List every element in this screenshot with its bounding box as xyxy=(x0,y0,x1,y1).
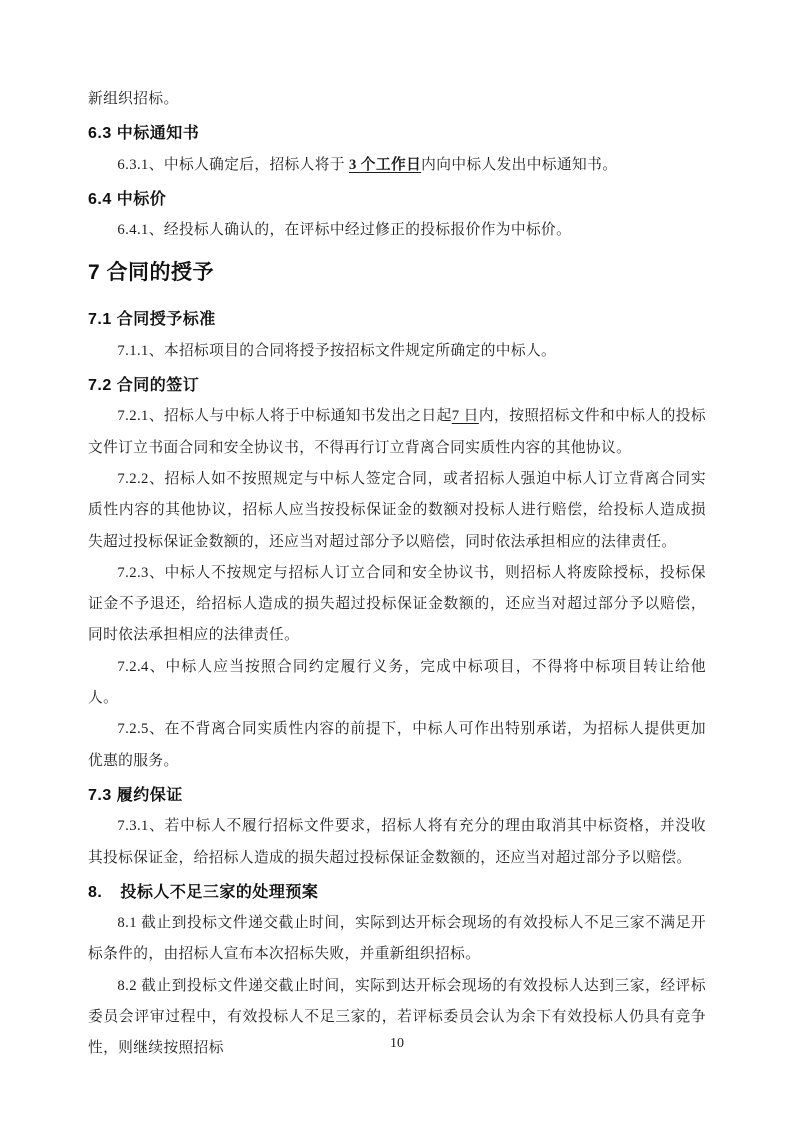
emphasis-bold-underline: 3 个工作日 xyxy=(349,157,421,173)
heading-7-3: 7.3 履约保证 xyxy=(88,780,706,811)
document-page: 新组织招标。 6.3 中标通知书 6.3.1、中标人确定后，招标人将于 3 个工… xyxy=(0,0,794,1123)
section-8-number: 8. xyxy=(88,877,102,908)
paragraph-7-2-3: 7.2.3、中标人不按规定与招标人订立合同和安全协议书，则招标人将废除授标，投标… xyxy=(88,558,706,652)
paragraph-continuation: 新组织招标。 xyxy=(88,84,706,115)
paragraph-6-4-1: 6.4.1、经投标人确认的，在评标中经过修正的投标报价作为中标价。 xyxy=(88,215,706,246)
heading-section-8: 8.投标人不足三家的处理预案 xyxy=(88,877,706,908)
paragraph-7-1-1: 7.1.1、本招标项目的合同将授予按招标文件规定所确定的中标人。 xyxy=(88,336,706,367)
paragraph-7-3-1: 7.3.1、若中标人不履行招标文件要求，招标人将有充分的理由取消其中标资格，并没… xyxy=(88,811,706,874)
heading-chapter-7: 7 合同的授予 xyxy=(88,256,706,290)
heading-6-3: 6.3 中标通知书 xyxy=(88,118,706,149)
paragraph-6-3-1: 6.3.1、中标人确定后，招标人将于 3 个工作日内向中标人发出中标通知书。 xyxy=(88,150,706,181)
heading-6-4: 6.4 中标价 xyxy=(88,184,706,215)
paragraph-7-2-5: 7.2.5、在不背离合同实质性内容的前提下，中标人可作出特别承诺，为招标人提供更… xyxy=(88,714,706,777)
text-run: 6.3.1、中标人确定后，招标人将于 xyxy=(117,157,349,173)
paragraph-8-1: 8.1 截止到投标文件递交截止时间，实际到达开标会现场的有效投标人不足三家不满足… xyxy=(88,908,706,971)
page-number: 10 xyxy=(0,1036,794,1052)
section-8-title: 投标人不足三家的处理预案 xyxy=(120,884,318,901)
text-run: 7.2.1、招标人与中标人将于中标通知书发出之日起 xyxy=(117,408,451,424)
text-run: 内向中标人发出中标通知书。 xyxy=(421,157,617,173)
paragraph-7-2-2: 7.2.2、招标人如不按照规定与中标人签定合同，或者招标人强迫中标人订立背离合同… xyxy=(88,464,706,558)
heading-7-1: 7.1 合同授予标准 xyxy=(88,304,706,335)
heading-7-2: 7.2 合同的签订 xyxy=(88,370,706,401)
emphasis-underline: 7 日 xyxy=(452,408,479,424)
paragraph-7-2-4: 7.2.4、中标人应当按照合同约定履行义务，完成中标项目，不得将中标项目转让给他… xyxy=(88,652,706,715)
paragraph-7-2-1: 7.2.1、招标人与中标人将于中标通知书发出之日起7 日内，按照招标文件和中标人… xyxy=(88,401,706,464)
